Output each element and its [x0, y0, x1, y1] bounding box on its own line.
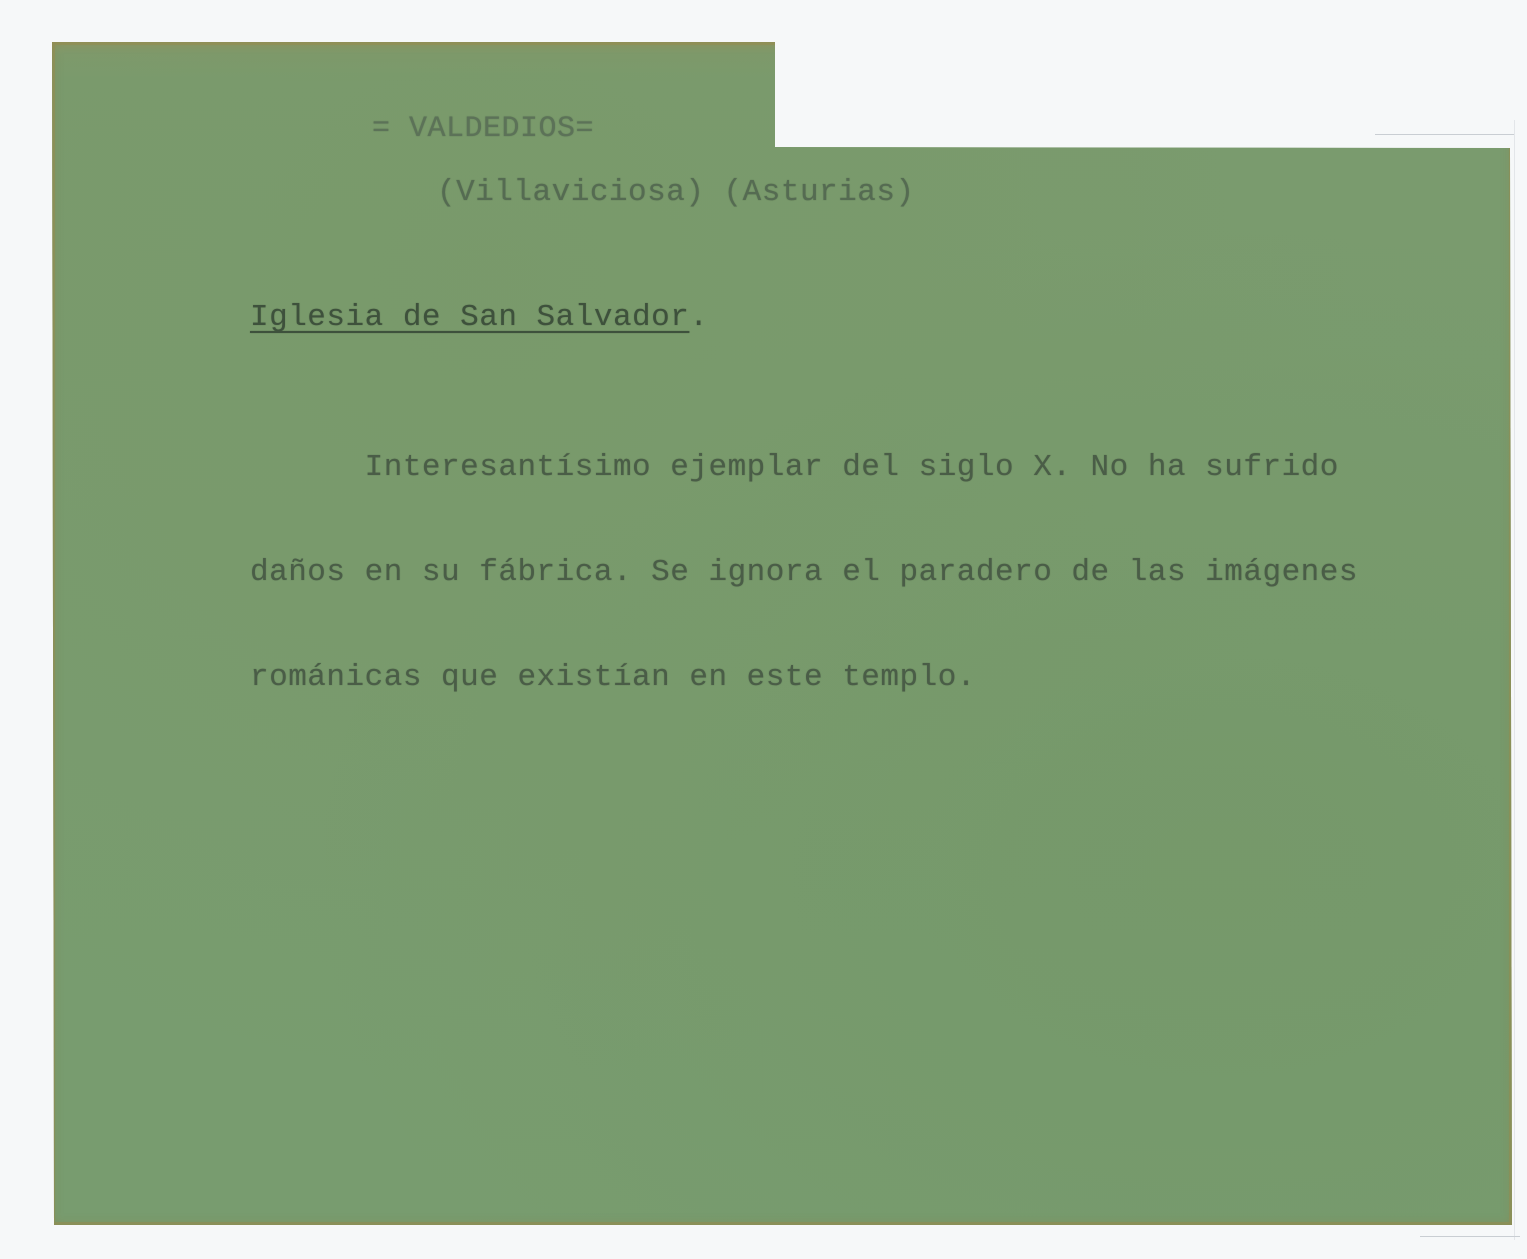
body-line: Interesantísimo ejemplar del siglo X. No… [250, 450, 1358, 485]
registration-mark-bottom-right [1420, 1236, 1520, 1237]
section-title: Iglesia de San Salvador. [250, 300, 708, 335]
scanned-page: = VALDEDIOS= (Villaviciosa) (Asturias) I… [0, 0, 1527, 1259]
body-line: románicas que existían en este templo. [250, 660, 1358, 695]
body-paragraph: Interesantísimo ejemplar del siglo X. No… [250, 380, 1358, 765]
section-title-period: . [689, 300, 708, 335]
section-title-text: Iglesia de San Salvador [250, 300, 689, 335]
registration-mark-right [1514, 120, 1515, 1240]
body-line: daños en su fábrica. Se ignora el parade… [250, 555, 1358, 590]
region-subheading: (Villaviciosa) (Asturias) [437, 175, 915, 210]
place-heading: = VALDEDIOS= [372, 112, 594, 146]
registration-mark-top-right [1375, 134, 1515, 135]
